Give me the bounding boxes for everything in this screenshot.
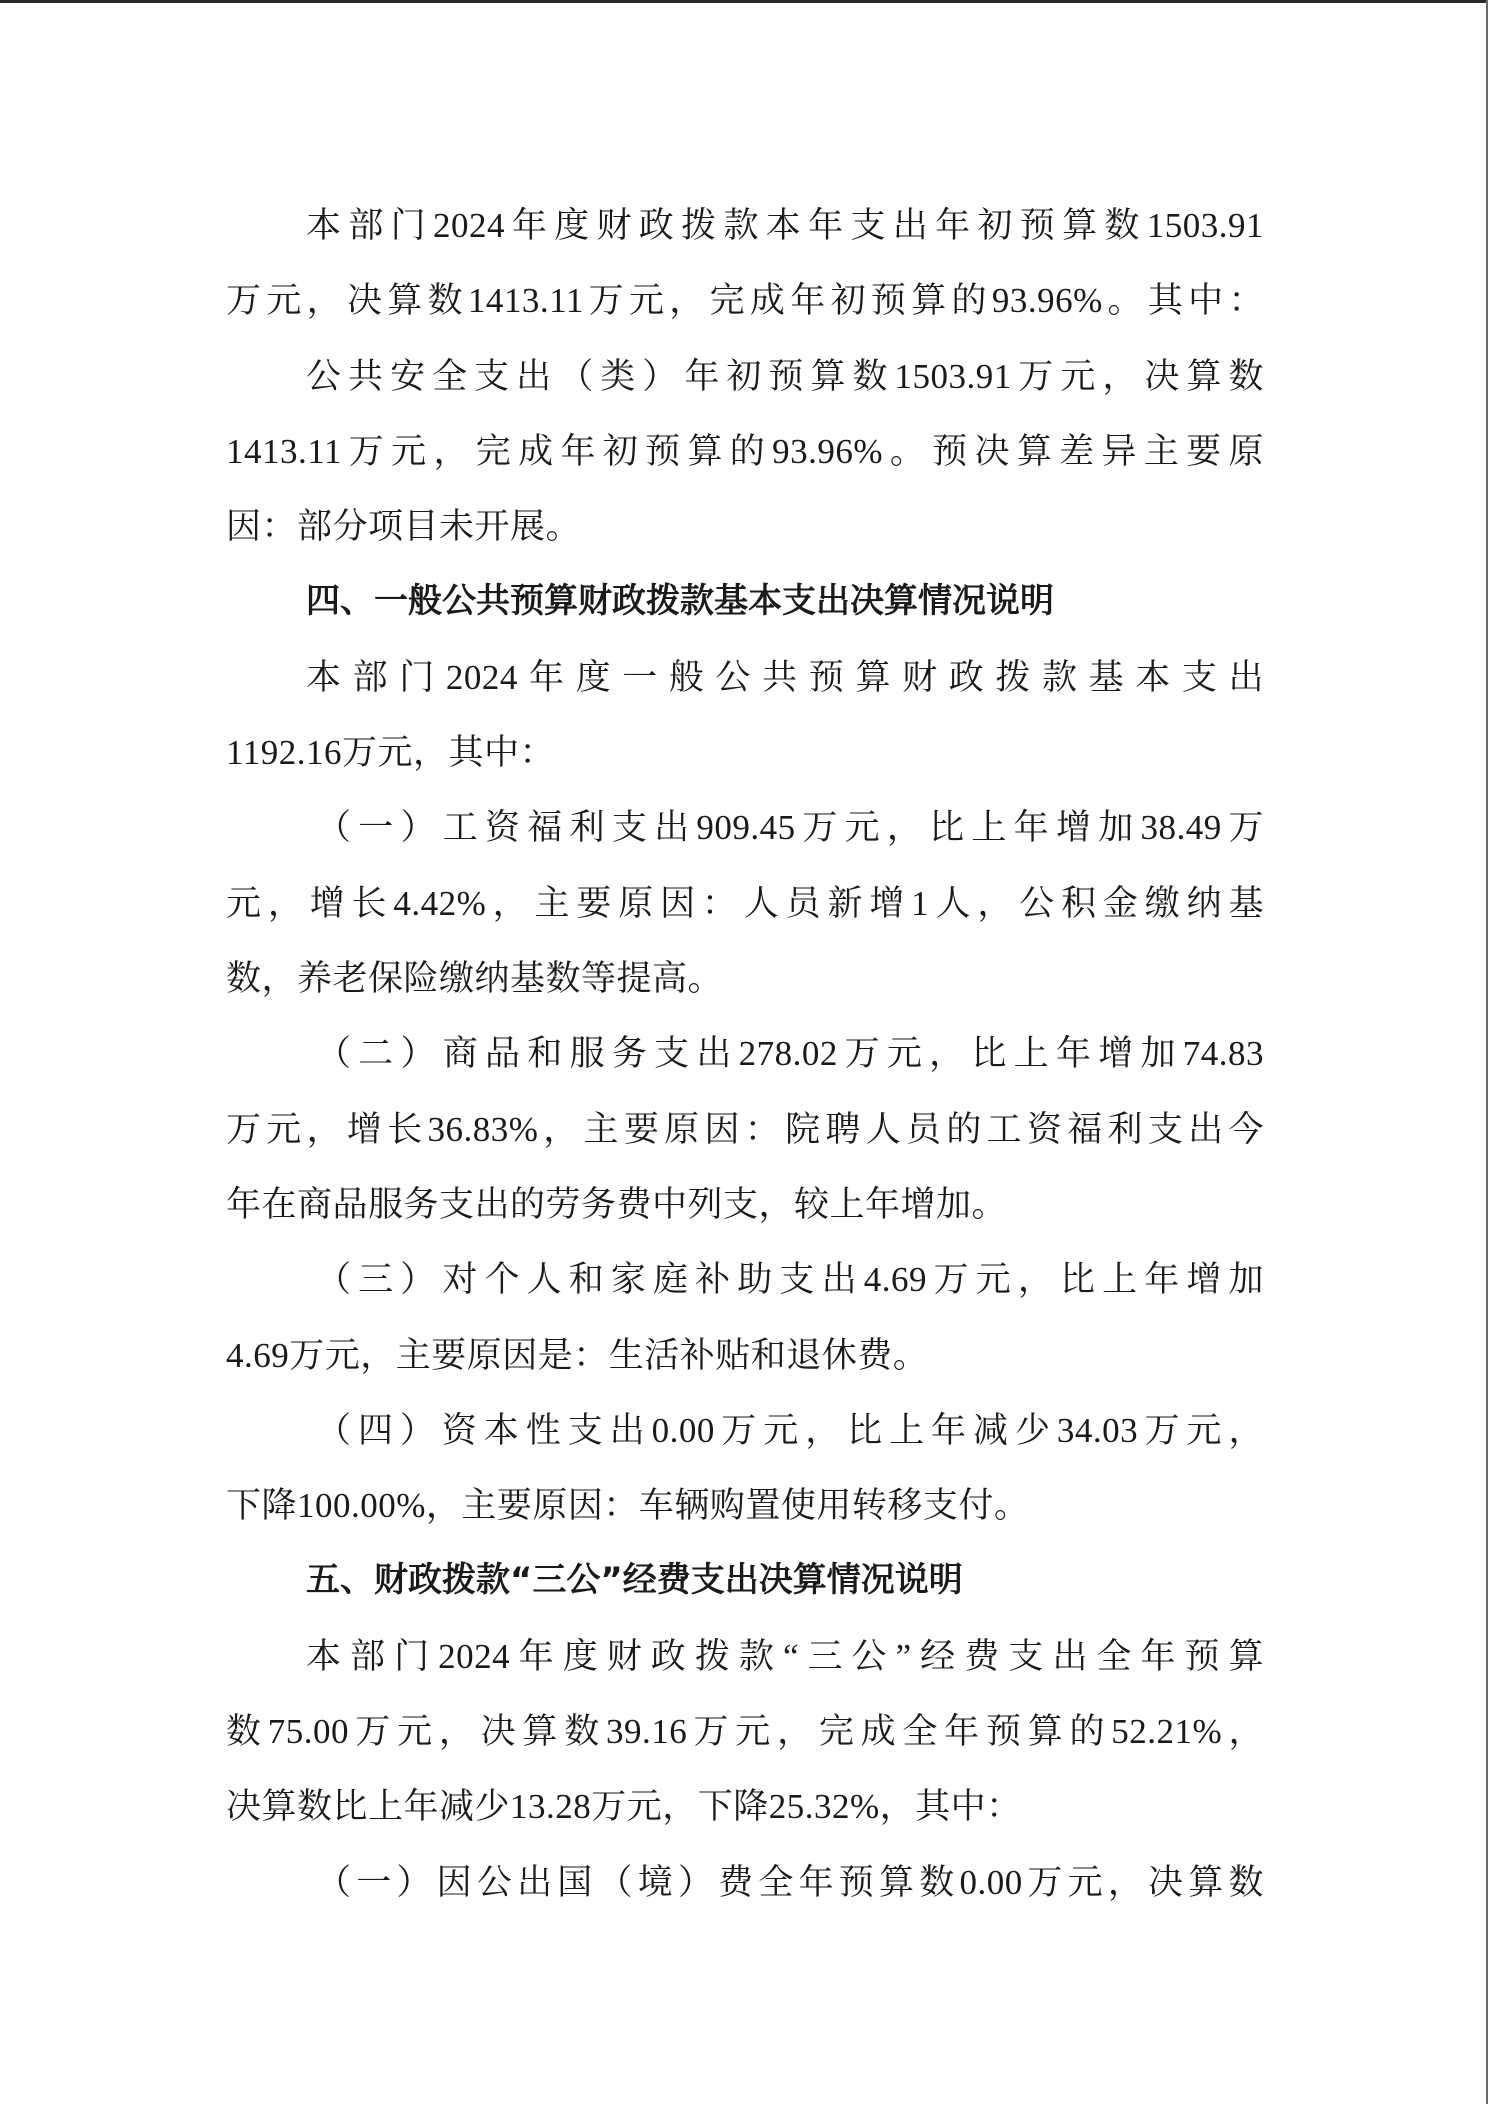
- list-item-line: （四）资本性支出0.00万元，比上年减少34.03万元，: [226, 1393, 1264, 1468]
- list-item-line: （二）商品和服务支出278.02万元，比上年增加74.83: [226, 1016, 1264, 1091]
- paragraph-line: 因：部分项目未开展。: [226, 489, 1264, 564]
- list-item-line: （三）对个人和家庭补助支出4.69万元，比上年增加: [226, 1242, 1264, 1317]
- paragraph-line: 数75.00万元，决算数39.16万元，完成全年预算的52.21%，: [226, 1694, 1264, 1769]
- paragraph-line: 元，增长4.42%，主要原因：人员新增1人，公积金缴纳基: [226, 866, 1264, 941]
- paragraph-line: 决算数比上年减少13.28万元，下降25.32%，其中：: [226, 1769, 1264, 1844]
- paragraph-line: 年在商品服务支出的劳务费中列支，较上年增加。: [226, 1167, 1264, 1242]
- paragraph-line: 本部门2024年度财政拨款本年支出年初预算数1503.91: [226, 188, 1264, 263]
- paragraph-line: 1413.11万元，完成年初预算的93.96%。预决算差异主要原: [226, 414, 1264, 489]
- page-top-border: [0, 0, 1488, 3]
- paragraph-line: 本部门2024年度一般公共预算财政拨款基本支出: [226, 640, 1264, 715]
- list-item-line: （一）因公出国（境）费全年预算数0.00万元，决算数: [226, 1845, 1264, 1920]
- paragraph-line: 本部门2024年度财政拨款“三公”经费支出全年预算: [226, 1619, 1264, 1694]
- paragraph-line: 万元，决算数1413.11万元，完成年初预算的93.96%。其中：: [226, 263, 1264, 338]
- paragraph-line: 数，养老保险缴纳基数等提高。: [226, 941, 1264, 1016]
- paragraph-line: 万元，增长36.83%，主要原因：院聘人员的工资福利支出今: [226, 1092, 1264, 1167]
- paragraph-line: 1192.16万元，其中：: [226, 715, 1264, 790]
- paragraph-line: 4.69万元，主要原因是：生活补贴和退休费。: [226, 1318, 1264, 1393]
- paragraph-line: 下降100.00%，主要原因：车辆购置使用转移支付。: [226, 1468, 1264, 1543]
- list-item-line: （一）工资福利支出909.45万元，比上年增加38.49万: [226, 790, 1264, 865]
- section-heading-4: 四、一般公共预算财政拨款基本支出决算情况说明: [226, 564, 1264, 639]
- section-heading-5: 五、财政拨款“三公”经费支出决算情况说明: [226, 1543, 1264, 1618]
- paragraph-line: 公共安全支出（类）年初预算数1503.91万元，决算数: [226, 339, 1264, 414]
